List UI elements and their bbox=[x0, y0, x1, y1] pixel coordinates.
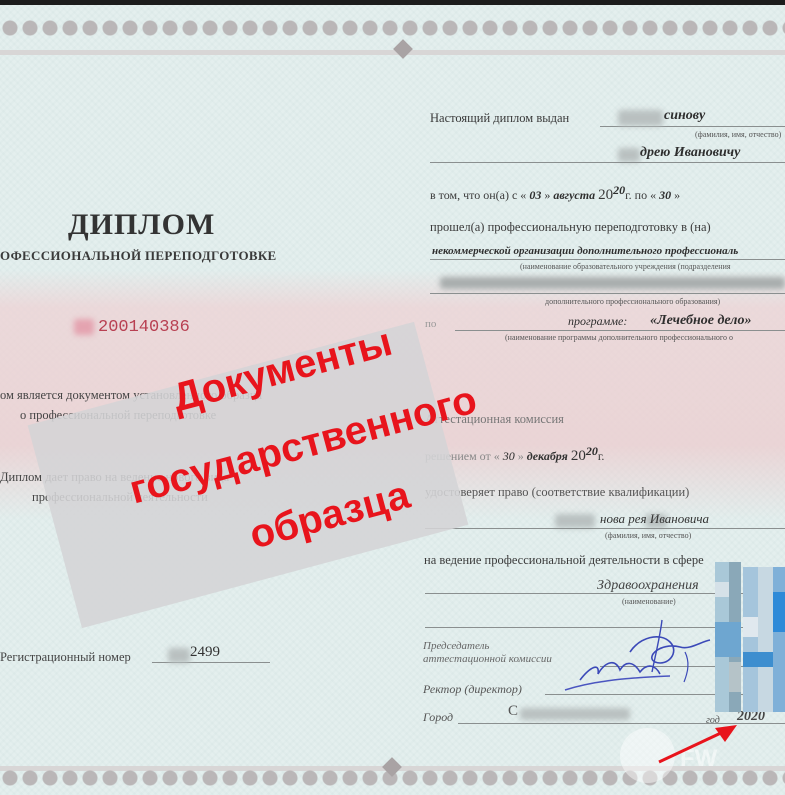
organization-underline bbox=[430, 259, 785, 260]
registration-number: 2499 bbox=[190, 644, 220, 661]
top-rope-line bbox=[0, 50, 785, 55]
holder-surname-blurred bbox=[555, 514, 595, 528]
decision-year-prefix: 20 bbox=[571, 448, 586, 464]
decision-year-g: г. bbox=[598, 449, 605, 463]
chairman-label-1: Председатель bbox=[423, 640, 489, 652]
surname-underline bbox=[600, 126, 785, 127]
program-name: «Лечебное дело» bbox=[650, 313, 751, 329]
surname-fragment: синову bbox=[664, 108, 705, 124]
organization-name: некоммерческой организации дополнительно… bbox=[432, 245, 738, 257]
organization-caption: (наименование образовательного учреждени… bbox=[520, 262, 731, 271]
name-caption: (фамилия, имя, отчество) bbox=[695, 130, 781, 139]
organization-line2-underline bbox=[430, 293, 785, 294]
issued-label: Настоящий диплом выдан bbox=[430, 111, 569, 126]
holder-name: нова рея Ивановича bbox=[600, 511, 709, 527]
name-fragment: дрею Ивановичу bbox=[640, 145, 740, 161]
city-name-blurred bbox=[520, 708, 630, 720]
decision-day: 30 bbox=[503, 449, 515, 463]
decision-line: решением от « 30 » декабря 2020г. bbox=[425, 444, 604, 465]
photo-pixelated-icon bbox=[715, 562, 785, 712]
diploma-title: ДИПЛОМ bbox=[68, 208, 215, 242]
serial-number: 200140386 bbox=[98, 318, 190, 337]
organization-caption-2: дополнительного профессионального образо… bbox=[545, 297, 720, 306]
sphere-caption: (наименование) bbox=[622, 597, 676, 606]
city-initial: С bbox=[508, 703, 518, 720]
city-label: Город bbox=[423, 710, 453, 725]
start-month: августа bbox=[553, 188, 595, 202]
program-label: программе: bbox=[568, 314, 627, 329]
decision-quote: » bbox=[518, 449, 524, 463]
start-year-suffix: 20 bbox=[613, 183, 625, 197]
red-arrow-icon bbox=[655, 722, 740, 767]
sphere-value: Здравоохранения bbox=[597, 578, 699, 594]
serial-prefix-blurred bbox=[74, 319, 94, 335]
registration-prefix-blurred bbox=[168, 648, 190, 663]
first-name-blurred bbox=[618, 148, 640, 162]
quote-close: » bbox=[674, 188, 680, 202]
program-prefix: по bbox=[425, 318, 436, 330]
holder-underline bbox=[425, 528, 785, 529]
period-line: в том, что он(а) с « 03 » августа 2020г.… bbox=[430, 183, 680, 204]
end-day: 30 bbox=[659, 188, 671, 202]
start-day: 03 bbox=[529, 188, 541, 202]
chairman-label-2: аттестационной комиссии bbox=[423, 653, 552, 665]
decision-month: декабря bbox=[527, 449, 568, 463]
program-caption: (наименование программы дополнительного … bbox=[505, 333, 733, 342]
completed-label: прошел(а) профессиональную переподготовк… bbox=[430, 220, 711, 235]
certifies-label: удостоверяет право (соответствие квалифи… bbox=[425, 485, 689, 500]
diploma-page: ДИПЛОМ ОФЕССИОНАЛЬНОЙ ПЕРЕПОДГОТОВКЕ 200… bbox=[0, 0, 785, 795]
decision-year-suffix: 20 bbox=[586, 444, 598, 458]
period-to-label: г. по « bbox=[625, 188, 656, 202]
rector-label: Ректор (директор) bbox=[423, 682, 522, 697]
diploma-subtitle: ОФЕССИОНАЛЬНОЙ ПЕРЕПОДГОТОВКЕ bbox=[0, 248, 277, 264]
name-underline bbox=[430, 162, 785, 163]
sphere-label: на ведение профессиональной деятельности… bbox=[424, 553, 704, 568]
top-ornament-border bbox=[0, 20, 785, 48]
start-year-prefix: 20 bbox=[598, 187, 613, 203]
surname-blurred bbox=[618, 110, 663, 126]
period-prefix: в том, что он(а) с « bbox=[430, 188, 526, 202]
program-underline bbox=[455, 330, 785, 331]
holder-caption: (фамилия, имя, отчество) bbox=[605, 531, 691, 540]
signature-icon bbox=[560, 612, 720, 694]
top-frame-bar bbox=[0, 0, 785, 5]
registration-label: Регистрационный номер bbox=[0, 650, 131, 665]
organization-line2-blurred bbox=[440, 277, 785, 289]
